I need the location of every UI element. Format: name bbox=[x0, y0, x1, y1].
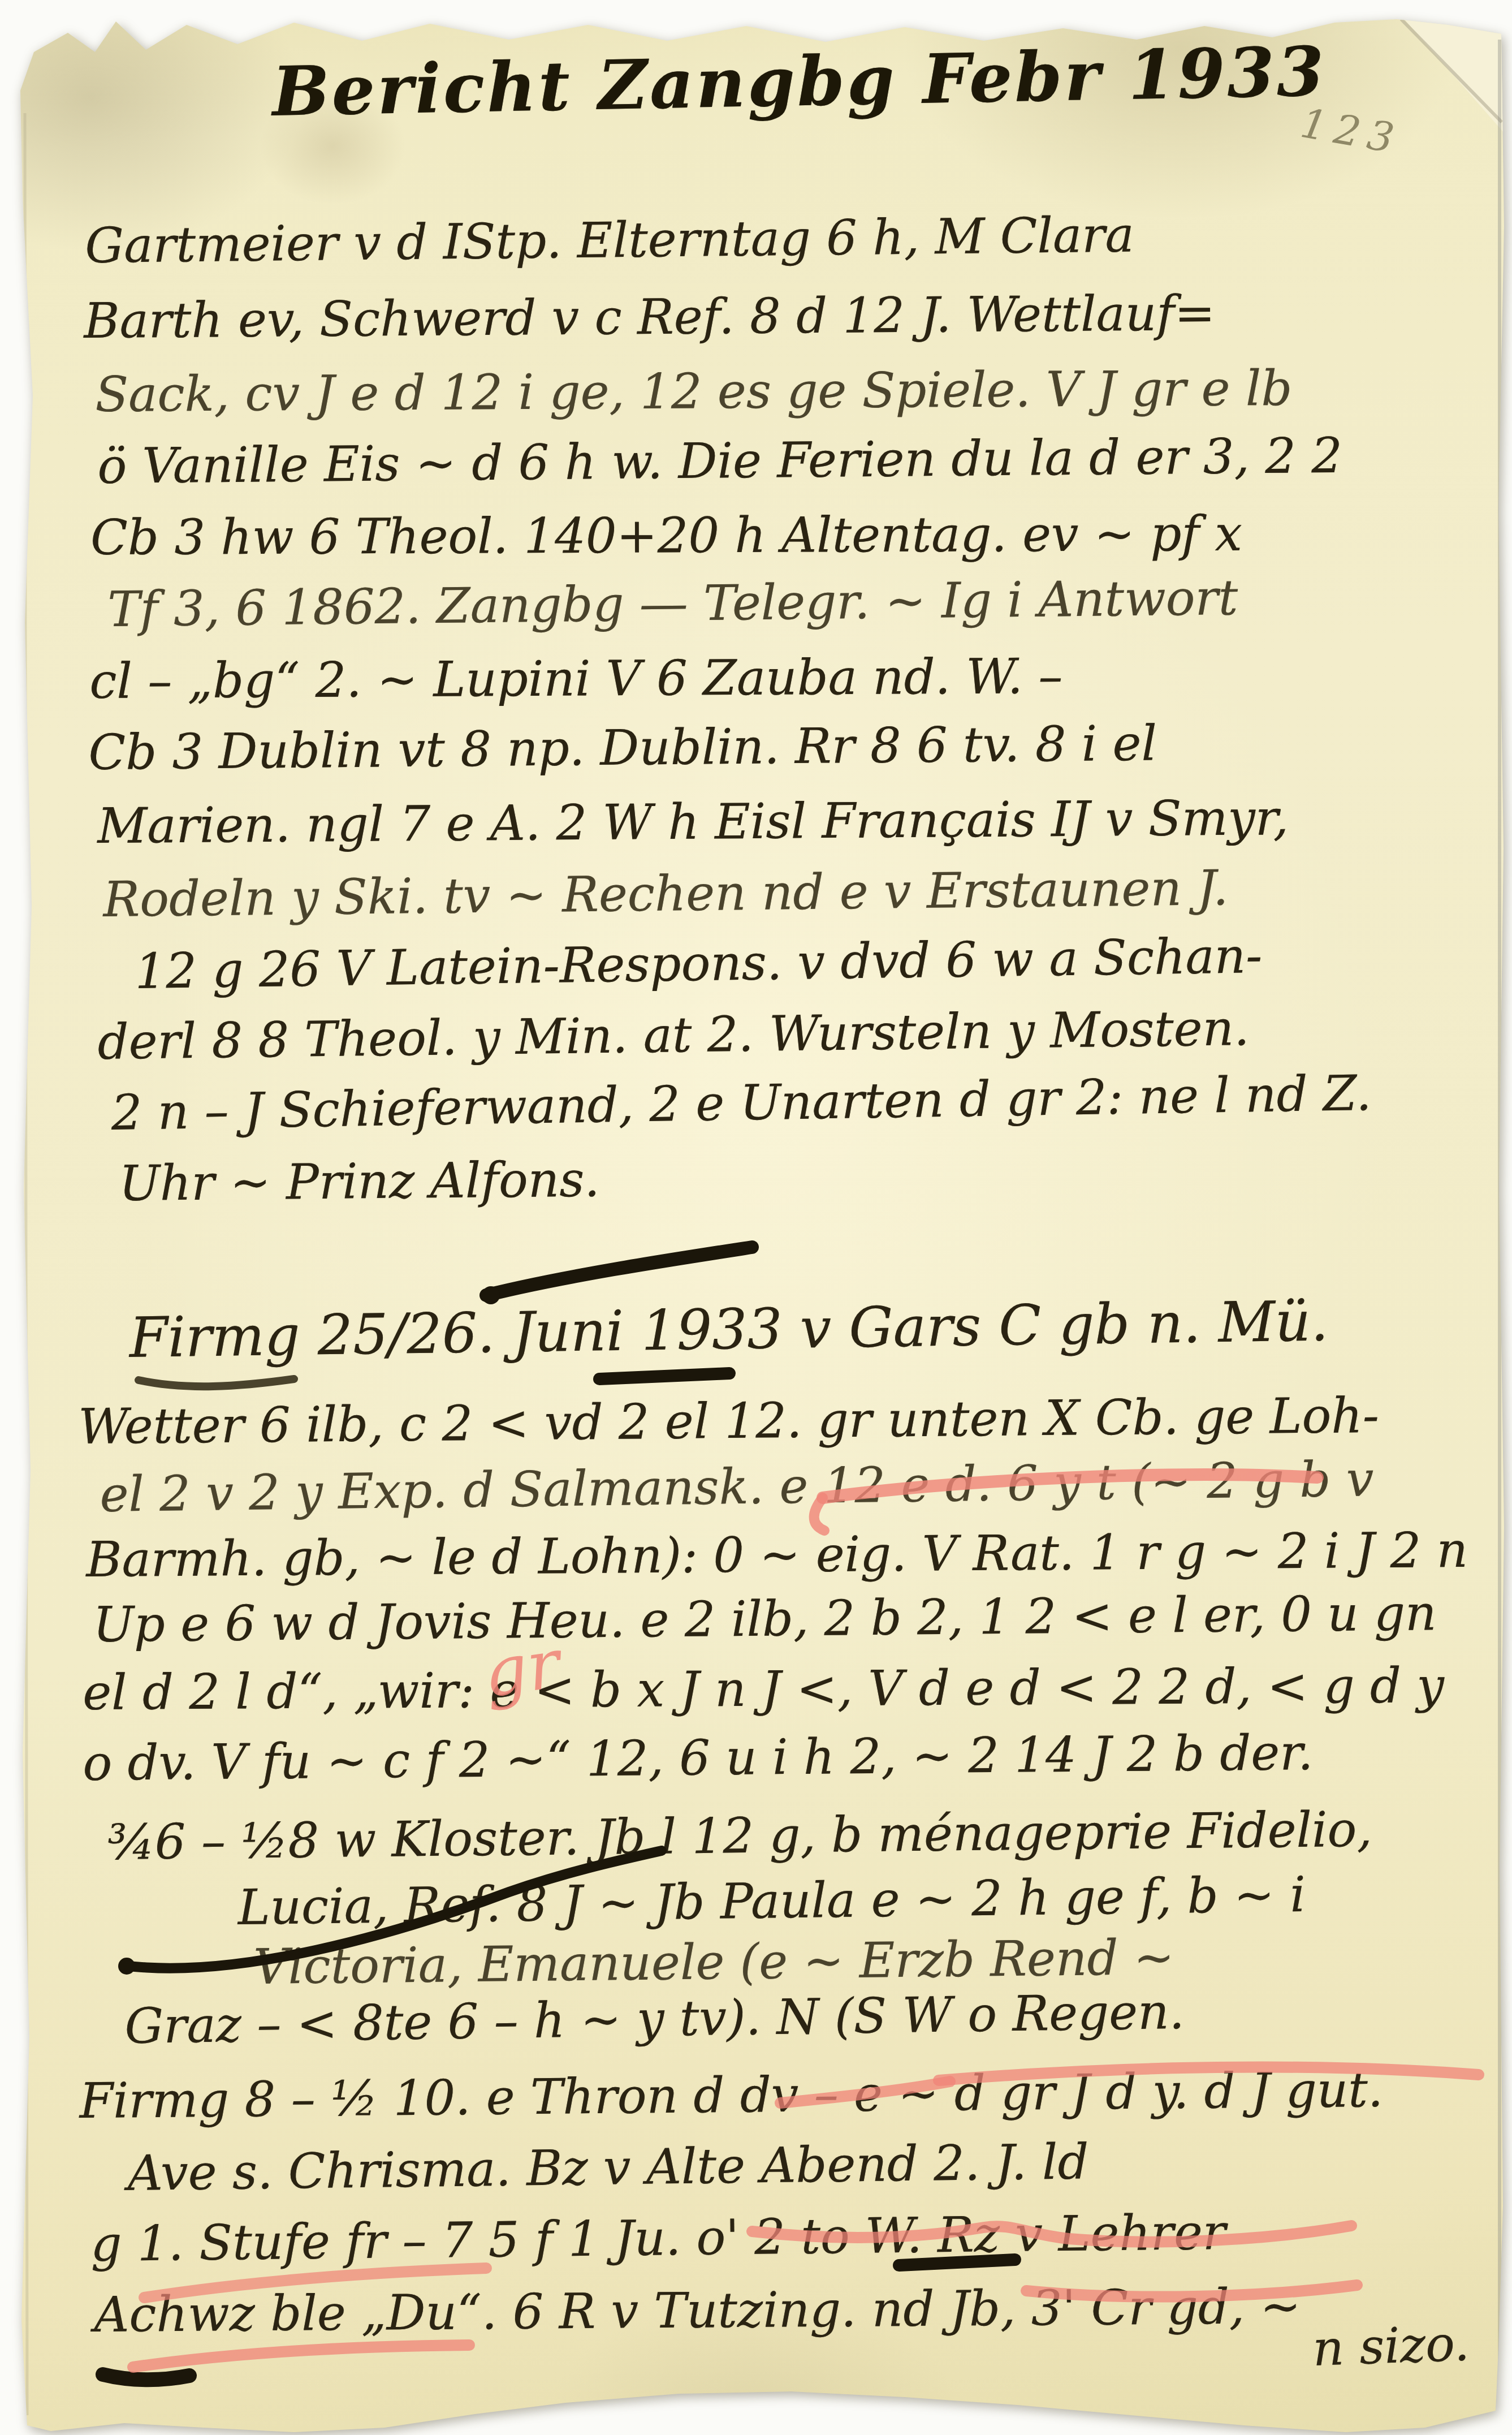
manuscript-line: Firmg 8 – ½ 10. e Thron d dv – e ~ d gr … bbox=[79, 2066, 1383, 2126]
manuscript-line: n sizo. bbox=[1312, 2319, 1470, 2373]
manuscript-line: o dv. V fu ~ c f 2 ~“ 12, 6 u i h 2, ~ 2… bbox=[83, 1729, 1314, 1788]
manuscript-line: Tf 3, 6 1862. Zangbg — Telegr. ~ Ig i An… bbox=[107, 574, 1238, 634]
manuscript-line: Marien. ngl 7 e A. 2 W h Eisl Français I… bbox=[97, 794, 1289, 851]
manuscript-line: cl – „bg“ 2. ~ Lupini V 6 Zauba nd. W. – bbox=[89, 652, 1063, 706]
manuscript-line: Ave s. Chrisma. Bz v Alte Abend 2. J. ld bbox=[127, 2137, 1089, 2198]
manuscript-line: Cb 3 hw 6 Theol. 140+20 h Altentag. ev ~… bbox=[90, 510, 1242, 562]
page-number: 123 bbox=[1297, 99, 1405, 163]
manuscript-line: Gartmeier v d IStp. Elterntag 6 h, M Cla… bbox=[85, 211, 1134, 270]
manuscript-line: Wetter 6 ilb, c 2 < vd 2 el 12. gr unten… bbox=[78, 1391, 1379, 1451]
manuscript-line: el 2 v 2 y Exp. d Salmansk. e 12 e d. 6 … bbox=[100, 1455, 1374, 1519]
manuscript-line: Lucia, Ref. 8 J ~ Jb Paula e ~ 2 h ge f,… bbox=[237, 1871, 1306, 1932]
manuscript-line: el d 2 l d“, „wir: e < b x J n J <, V d … bbox=[83, 1661, 1444, 1717]
manuscript-line: Cb 3 Dublin vt 8 np. Dublin. Rr 8 6 tv. … bbox=[88, 719, 1157, 777]
fold-crease-line bbox=[1401, 19, 1502, 122]
manuscript-line: ö Vanille Eis ~ d 6 h w. Die Ferien du l… bbox=[97, 432, 1342, 491]
manuscript-line: derl 8 8 Theol. y Min. at 2. Wursteln y … bbox=[97, 1004, 1250, 1067]
firmung-underline-stroke bbox=[139, 1379, 294, 1386]
manuscript-line: Sack, cv J e d 12 i ge, 12 es ge Spiele.… bbox=[95, 364, 1293, 419]
corner-fold bbox=[1402, 17, 1504, 133]
manuscript-line: 12 g 26 V Latein-Respons. v dvd 6 w a Sc… bbox=[135, 932, 1263, 996]
bottom-ink-blob bbox=[103, 2374, 189, 2380]
scanned-page: Bericht Zangbg Febr 1933 123 Gartmeier v… bbox=[0, 0, 1512, 2435]
red-underline-achwz bbox=[133, 2345, 469, 2367]
manuscript-line: Graz – < 8te 6 – h ~ y tv). N (S W o Reg… bbox=[124, 1988, 1185, 2051]
separator-dash-stroke bbox=[486, 1247, 752, 1295]
manuscript-line: g 1. Stufe fr – 7 5 f 1 Ju. o' 2 to W. R… bbox=[90, 2208, 1226, 2269]
paper-edge-shadow bbox=[25, 113, 27, 2415]
manuscript-line: Firmg 25/26. Juni 1933 v Gars C gb n. Mü… bbox=[129, 1294, 1329, 1366]
paper-surface: Bericht Zangbg Febr 1933 123 Gartmeier v… bbox=[0, 0, 1512, 2435]
manuscript-line: Victoria, Emanuele (e ~ Erzb Rend ~ bbox=[253, 1933, 1174, 1992]
manuscript-line: Achwz ble „Du“. 6 R v Tutzing. nd Jb, 3'… bbox=[94, 2282, 1301, 2339]
manuscript-line: ¾6 – ½8 w Kloster. Jb l 12 g, b ménagepr… bbox=[107, 1805, 1372, 1867]
manuscript-line: Barth ev, Schwerd v c Ref. 8 d 12 J. Wet… bbox=[84, 289, 1215, 346]
page-title: Bericht Zangbg Febr 1933 bbox=[271, 32, 1327, 132]
manuscript-line: Barmh. gb, ~ le d Lohn): 0 ~ eig. V Rat.… bbox=[86, 1526, 1468, 1584]
kloster-flourish-blob bbox=[118, 1958, 135, 1975]
manuscript-line: Uhr ~ Prinz Alfons. bbox=[119, 1156, 600, 1208]
year-underline-stroke bbox=[599, 1373, 729, 1379]
manuscript-line: Up e 6 w d Jovis Heu. e 2 ilb, 2 b 2, 1 … bbox=[93, 1589, 1437, 1649]
manuscript-line: Rodeln y Ski. tv ~ Rechen nd e v Erstaun… bbox=[103, 864, 1229, 924]
manuscript-line: 2 n – J Schieferwand, 2 e Unarten d gr 2… bbox=[111, 1069, 1372, 1137]
